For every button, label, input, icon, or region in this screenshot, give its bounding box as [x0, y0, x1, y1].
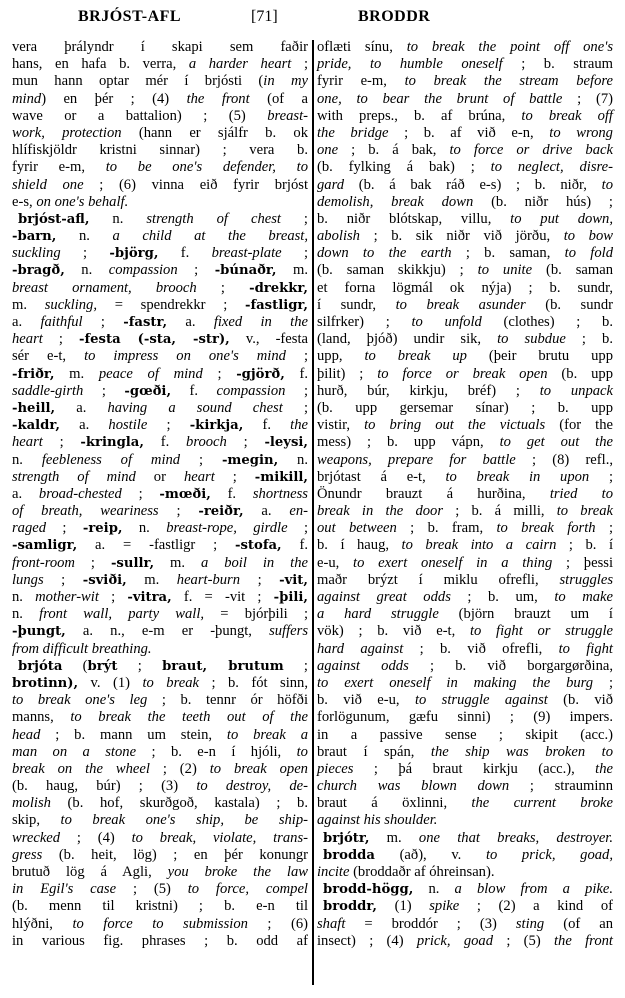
definition-text: one, to bear the brunt of battle	[317, 91, 562, 107]
left-column: vera þrályndr í skapi sem faðirhans, en …	[12, 39, 308, 950]
text-line: brutuð lög á Agli, you broke the law	[12, 864, 308, 881]
definition-text: heart	[12, 434, 43, 450]
text-span: ; þessi	[552, 555, 613, 571]
definition-text: to break	[557, 503, 613, 519]
text-line: against great odds ; b. um, to make	[317, 589, 613, 606]
text-span: ;	[286, 348, 308, 364]
definition-text: work, protection	[12, 125, 122, 141]
text-span: m.	[154, 555, 201, 571]
definition-text: suckling	[12, 245, 61, 261]
text-span: a.	[12, 486, 39, 502]
definition-text: heart-burn	[177, 572, 240, 588]
text-span: ;	[215, 469, 255, 485]
text-span: a.	[244, 503, 290, 519]
text-line: strength of mind or heart ; -mikill,	[12, 469, 308, 486]
text-line: þilit) ; to force or break open (b. upp	[317, 366, 613, 383]
text-span: (broddaðr af óhreinsan).	[349, 864, 494, 880]
headword: -reiðr,	[198, 504, 243, 519]
text-line: (b. haug, búr) ; (3) to destroy, de-	[12, 778, 308, 795]
headword: -búnaðr,	[215, 263, 277, 278]
text-span: with preps., b. af brúna,	[317, 108, 521, 124]
text-line: -þungt, a. n., e-m er -þungt, suffers	[12, 623, 308, 640]
definition-text: to break	[142, 675, 199, 691]
text-span: ; (5)	[116, 881, 188, 897]
text-span: m.	[369, 830, 418, 846]
text-span: (b. við	[548, 692, 613, 708]
definition-text: a boil in the	[201, 555, 308, 571]
text-line: of breath, weariness ; -reiðr, a. en-	[12, 503, 308, 520]
text-line: out between ; b. fram, to break forth ;	[317, 520, 613, 537]
text-span: (b. menn til kristni) ; b. e-n til	[12, 898, 308, 914]
headword: -drekkr,	[249, 281, 308, 296]
definition-text: to break a	[227, 727, 308, 743]
headword: -þungt,	[12, 624, 66, 639]
definition-text: shaft	[317, 916, 345, 932]
text-line: -friðr, m. peace of mind ; -gjörð, f.	[12, 366, 308, 383]
definition-text: to neglect, disre-	[491, 159, 613, 175]
definition-text: to break one's ship, be ship-	[61, 812, 309, 828]
text-span: ;	[75, 555, 111, 571]
definition-text: to break asunder	[396, 297, 526, 313]
text-span: (b. heit, lög) ; en þér konungr	[42, 847, 308, 863]
text-span: f.	[282, 537, 308, 553]
text-line: shield one ; (6) vinna eið fyrir brjóst	[12, 177, 308, 194]
text-span: or	[136, 469, 184, 485]
text-span: b. niðr blótskap, villu,	[317, 211, 510, 227]
definition-text: mother-wit	[35, 589, 99, 605]
definition-text: you broke the law	[168, 864, 308, 880]
text-span: (for the	[545, 417, 613, 433]
column-divider	[312, 40, 314, 985]
text-span: m.	[127, 572, 177, 588]
text-line: (b. saman skikkju) ; to unite (b. saman	[317, 262, 613, 279]
headword: -þili,	[274, 590, 308, 605]
text-span: fyrir e-m,	[12, 159, 106, 175]
definition-text: fixed in the	[214, 314, 308, 330]
text-span: f.	[144, 434, 186, 450]
text-line: braut á öxlinni, the current broke	[317, 795, 613, 812]
text-span: ; b. fót sinn,	[199, 675, 308, 691]
text-span: ;	[281, 211, 308, 227]
definition-text: lungs	[12, 572, 44, 588]
definition-text: the bridge	[317, 125, 389, 141]
text-line: b. niðr blótskap, villu, to put down,	[317, 211, 613, 228]
text-line: hlýðni, to force to submission ; (6)	[12, 916, 308, 933]
text-span: v. (1)	[78, 675, 142, 691]
headword: brjóta	[18, 659, 62, 674]
text-span: ; b. á milli,	[443, 503, 557, 519]
headword: -gjörð,	[236, 367, 285, 382]
definition-text: to break the point off one's	[407, 39, 613, 55]
text-line: -barn, n. a child at the breast,	[12, 228, 308, 245]
text-span: ;	[593, 675, 613, 691]
text-span: ;	[83, 383, 124, 399]
text-span: m.	[54, 366, 98, 382]
text-line: mind) en þér ; (4) the front (of a	[12, 91, 308, 108]
text-span: m.	[12, 297, 45, 313]
text-span: ; b. saman,	[452, 245, 565, 261]
text-span: ; b. um,	[451, 589, 554, 605]
text-line: from difficult breathing.	[12, 641, 308, 658]
text-line: brjótr, m. one that breaks, destroyer.	[317, 830, 613, 847]
text-span: (b. hof, skurðgoð, kastala) ; b.	[51, 795, 308, 811]
text-span: n.	[12, 606, 39, 622]
right-guide-word: BRODDR	[358, 8, 430, 26]
definition-text: the current broke	[471, 795, 613, 811]
text-line: down to the earth ; b. saman, to fold	[317, 245, 613, 262]
text-span: wave or a battalion) ; (5)	[12, 108, 267, 124]
text-line: vistir, to bring out the victuals (for t…	[317, 417, 613, 434]
definition-text: break on the wheel	[12, 761, 150, 777]
text-span: e-s,	[12, 194, 36, 210]
text-line: fyrir e-m, to break the stream before	[317, 73, 613, 90]
definition-text: pieces	[317, 761, 353, 777]
definition-text: front wall, party wall,	[39, 606, 204, 622]
headword: -vitra,	[127, 590, 171, 605]
definition-text: raged	[12, 520, 46, 536]
definition-text: to break the stream before	[405, 73, 613, 89]
text-line: a. broad-chested ; -mœði, f. shortness	[12, 486, 308, 503]
definition-text: to break in upon	[445, 469, 589, 485]
text-span: n.	[65, 262, 109, 278]
text-line: breast ornament, brooch ; -drekkr,	[12, 280, 308, 297]
text-span: (b. sundr	[526, 297, 613, 313]
text-span: n.	[56, 228, 112, 244]
headword: -reip,	[83, 521, 123, 536]
definition-text: against odds	[317, 658, 409, 674]
text-span: Önundr brauzt á hurðina,	[317, 486, 550, 502]
text-span: ;	[99, 589, 127, 605]
text-line: brotinn), v. (1) to break ; b. fót sinn,	[12, 675, 308, 692]
text-span: ; (7)	[562, 91, 613, 107]
text-span: n.	[413, 881, 454, 897]
text-line: heart ; -festa (-sta, -str), v., -festa	[12, 331, 308, 348]
text-span: (b. haug, búr) ; (3)	[12, 778, 196, 794]
text-span: vök) ; b. við e-t,	[317, 623, 470, 639]
definition-text: struggles	[559, 572, 613, 588]
headword: -mikill,	[255, 470, 308, 485]
text-span: f. = -vit ;	[172, 589, 274, 605]
text-span: forlögunum, gæfu sinni) ; (9) impers.	[317, 709, 613, 725]
text-line: mess) ; b. upp vápn, to get out the	[317, 434, 613, 451]
text-span: n.	[12, 589, 35, 605]
text-span: maðr brýzt í miklu ofrefli,	[317, 572, 559, 588]
text-span: a.	[12, 314, 40, 330]
definition-text: the front	[554, 933, 613, 949]
definition-text: strength of chest	[146, 211, 281, 227]
text-span: hlýðni,	[12, 916, 72, 932]
text-line: (b. fylking á bak) ; to neglect, disre-	[317, 159, 613, 176]
text-span: ;	[203, 366, 236, 382]
headword: -björg,	[109, 246, 158, 261]
headword: -vit,	[279, 573, 308, 588]
text-span: skip,	[12, 812, 61, 828]
text-line: vök) ; b. við e-t, to fight or struggle	[317, 623, 613, 640]
definition-text: breast-rope, girdle	[166, 520, 287, 536]
definition-text: to break the teeth out of the	[70, 709, 308, 725]
text-span: ;	[240, 572, 279, 588]
headword: -kaldr,	[12, 418, 60, 433]
headword: -leysi,	[264, 435, 308, 450]
text-span: ;	[159, 503, 199, 519]
text-span: ;	[180, 452, 222, 468]
definition-text: brooch	[186, 434, 227, 450]
text-line: b. við e-u, to struggle against (b. við	[317, 692, 613, 709]
text-line: n. mother-wit ; -vitra, f. = -vit ; -þil…	[12, 589, 308, 606]
definition-text: to break up	[364, 348, 467, 364]
text-span: (clothes) ; b.	[482, 314, 613, 330]
text-span: (	[62, 658, 87, 674]
text-span: manns,	[12, 709, 70, 725]
headword: broddr,	[323, 899, 377, 914]
definition-text: one that breaks, destroyer.	[419, 830, 613, 846]
text-line: n. feebleness of mind ; -megin, n.	[12, 452, 308, 469]
text-line: insect) ; (4) prick, goad ; (5) the fron…	[317, 933, 613, 950]
text-span: hans, en hafa b. verra,	[12, 56, 189, 72]
text-line: -kaldr, a. hostile ; -kirkja, f. the	[12, 417, 308, 434]
text-line: et forna lögmál ok nýja) ; b. sundr,	[317, 280, 613, 297]
definition-text: weapons, prepare for battle	[317, 452, 516, 468]
headword: brýt	[88, 659, 118, 674]
text-line: shaft = broddór ; (3) sting (of an	[317, 916, 613, 933]
text-span: = spendrekkr ;	[97, 297, 245, 313]
right-column: oflæti sínu, to break the point off one'…	[317, 39, 613, 950]
text-span: ;	[43, 331, 79, 347]
text-span: (að), v.	[375, 847, 486, 863]
text-span: (hann er sjálfr b. ok	[122, 125, 308, 141]
text-line: molish (b. hof, skurðgoð, kastala) ; b.	[12, 795, 308, 812]
text-line: e-s, on one's behalf.	[12, 194, 308, 211]
text-line: gard (b. á bak ráð e-s) ; b. niðr, to	[317, 177, 613, 194]
text-span: ;	[288, 520, 308, 536]
definition-text: compassion	[109, 262, 178, 278]
text-span: = broddór ; (3)	[345, 916, 515, 932]
text-span: b. við e-u,	[317, 692, 415, 708]
definition-text: to get out the	[500, 434, 613, 450]
text-span: sér e-t,	[12, 348, 84, 364]
text-line: against odds ; b. við borgargørðina,	[317, 658, 613, 675]
definition-text: to break forth	[496, 520, 595, 536]
headword: -fastligr,	[245, 298, 308, 313]
text-line: -bragð, n. compassion ; -búnaðr, m.	[12, 262, 308, 279]
text-span: e-u,	[317, 555, 353, 571]
text-line: hans, en hafa b. verra, a harder heart ;	[12, 56, 308, 73]
definition-text: head	[12, 727, 40, 743]
text-span: hurð, búr, kirkju, bréf) ;	[317, 383, 540, 399]
text-span: ; b. e-n í hjóli,	[136, 744, 297, 760]
definition-text: church was blown down	[317, 778, 509, 794]
headword: -samligr,	[12, 538, 77, 553]
definition-text: en-	[289, 503, 308, 519]
definition-text: strength of mind	[12, 469, 136, 485]
definition-text: feebleness of mind	[42, 452, 180, 468]
text-line: break on the wheel ; (2) to break open	[12, 761, 308, 778]
text-span: f.	[211, 486, 253, 502]
definition-text: to force, compel	[188, 881, 308, 897]
text-span: ; (2)	[150, 761, 210, 777]
text-line: b. í haug, to break into a cairn ; b. í	[317, 537, 613, 554]
text-span: ) en þér ; (4)	[41, 91, 186, 107]
headword: -festa (-sta, -str),	[79, 332, 230, 347]
text-span: ; (6)	[248, 916, 308, 932]
text-line: abolish ; b. sik niðr við jörðu, to bow	[317, 228, 613, 245]
text-span: (1)	[377, 898, 429, 914]
text-line: wrecked ; (4) to break, violate, trans-	[12, 830, 308, 847]
headword: brjóst-afl,	[18, 212, 89, 227]
definition-text: hard against	[317, 641, 403, 657]
text-line: heart ; -kringla, f. brooch ; -leysi,	[12, 434, 308, 451]
text-span: mun hann optar mér í brjósti (	[12, 73, 263, 89]
definition-text: break in the door	[317, 503, 443, 519]
text-line: lungs ; -sviði, m. heart-burn ; -vit,	[12, 572, 308, 589]
headword: -stofa,	[235, 538, 282, 553]
text-span: a. = -fastligr ;	[77, 537, 235, 553]
text-span: ;	[44, 572, 83, 588]
text-span: ; strauminn	[509, 778, 613, 794]
text-span: ;	[178, 262, 215, 278]
text-line: m. suckling, = spendrekkr ; -fastligr,	[12, 297, 308, 314]
definition-text: breast-plate	[212, 245, 282, 261]
text-span: ; b. í	[556, 537, 613, 553]
text-line: brodda (að), v. to prick, goad,	[317, 847, 613, 864]
text-span: (of a	[250, 91, 308, 107]
definition-text: tried to	[550, 486, 613, 502]
text-span: a.	[60, 417, 108, 433]
text-span: in a passive sense ; skipit (acc.)	[317, 727, 613, 743]
text-line: brodd-högg, n. a blow from a pike.	[317, 881, 613, 898]
text-line: hard against ; b. við ofrefli, to fight	[317, 641, 613, 658]
text-span: a. n., e-m er -þungt,	[66, 623, 269, 639]
text-line: a hard struggle (björn brauzt um í	[317, 606, 613, 623]
definition-text: to	[602, 177, 613, 193]
definition-text: one	[317, 142, 338, 158]
text-line: weapons, prepare for battle ; (8) refl.,	[317, 452, 613, 469]
text-line: e-u, to exert oneself in a thing ; þessi	[317, 555, 613, 572]
definition-text: breast-	[267, 108, 308, 124]
definition-text: to wrong	[549, 125, 613, 141]
text-span: ;	[596, 520, 613, 536]
text-line: man on a stone ; b. e-n í hjóli, to	[12, 744, 308, 761]
definition-text: having a sound chest	[108, 400, 283, 416]
headword: -megin,	[222, 453, 278, 468]
text-span: n.	[89, 211, 146, 227]
text-span: braut á öxlinni,	[317, 795, 471, 811]
definition-text: to bow	[564, 228, 613, 244]
text-line: church was blown down ; strauminn	[317, 778, 613, 795]
text-line: (b. menn til kristni) ; b. e-n til	[12, 898, 308, 915]
text-line: brjóst-afl, n. strength of chest ;	[12, 211, 308, 228]
text-span: ;	[43, 434, 81, 450]
definition-text: to struggle against	[415, 692, 548, 708]
text-line: Önundr brauzt á hurðina, tried to	[317, 486, 613, 503]
definition-text: to break off	[521, 108, 613, 124]
text-line: (b. upp gersemar sínar) ; b. upp	[317, 400, 613, 417]
text-line: -samligr, a. = -fastligr ; -stofa, f.	[12, 537, 308, 554]
definition-text: to bring out the victuals	[364, 417, 545, 433]
text-span: f.	[171, 383, 216, 399]
headword: -heill,	[12, 401, 55, 416]
text-span: silfrker) ;	[317, 314, 411, 330]
definition-text: demolish, break down	[317, 194, 473, 210]
text-line: mun hann optar mér í brjósti (in my	[12, 73, 308, 90]
definition-text: gress	[12, 847, 42, 863]
text-span: ;	[61, 245, 110, 261]
definition-text: sting	[516, 916, 544, 932]
text-span: ;	[285, 383, 308, 399]
definition-text: broad-chested	[39, 486, 122, 502]
text-span: (b. fylking á bak) ;	[317, 159, 491, 175]
definition-text: a harder heart	[189, 56, 292, 72]
definition-text: a blow from a pike.	[455, 881, 613, 897]
definition-text: to prick, goad,	[486, 847, 613, 863]
text-span: vistir,	[317, 417, 364, 433]
definition-text: to	[297, 744, 308, 760]
definition-text: peace of mind	[99, 366, 203, 382]
definition-text: to force or drive back	[450, 142, 613, 158]
text-line: to break one's leg ; b. tennr ór höfði	[12, 692, 308, 709]
page-header: BRJÓST-AFL [71] BRODDR	[0, 0, 625, 30]
text-line: hlífiskjöldr kristni sinnar) ; vera b.	[12, 142, 308, 159]
text-span: a.	[167, 314, 214, 330]
text-span: (björn brauzt um í	[439, 606, 613, 622]
text-span: upp,	[317, 348, 364, 364]
text-span: a.	[55, 400, 107, 416]
definition-text: to make	[554, 589, 613, 605]
definition-text: to impress on one's mind	[84, 348, 286, 364]
definition-text: of breath, weariness	[12, 503, 159, 519]
definition-text: to unfold	[411, 314, 481, 330]
definition-text: from difficult breathing.	[12, 641, 152, 657]
text-span: þilit) ;	[317, 366, 377, 382]
text-span: n.	[12, 452, 42, 468]
text-span: brjótast á e-t,	[317, 469, 445, 485]
text-span: ;	[117, 658, 162, 674]
text-span: ;	[589, 469, 613, 485]
definition-text: to fight or struggle	[470, 623, 613, 639]
definition-text: heart	[12, 331, 43, 347]
left-guide-word: BRJÓST-AFL	[78, 8, 181, 26]
text-span: ;	[284, 658, 308, 674]
definition-text: against great odds	[317, 589, 451, 605]
text-line: silfrker) ; to unfold (clothes) ; b.	[317, 314, 613, 331]
text-line: gress (b. heit, lög) ; en þér konungr	[12, 847, 308, 864]
text-span: et forna lögmál ok nýja) ; b. sundr,	[317, 280, 613, 296]
definition-text: to break into a cairn	[402, 537, 557, 553]
text-span: (land, þjóð) undir sik,	[317, 331, 497, 347]
text-line: work, protection (hann er sjálfr b. ok	[12, 125, 308, 142]
text-span: hlífiskjöldr kristni sinnar) ; vera b.	[12, 142, 308, 158]
text-line: against his shoulder.	[317, 812, 613, 829]
definition-text: to be one's defender, to	[106, 159, 308, 175]
text-line: maðr brýzt í miklu ofrefli, struggles	[317, 572, 613, 589]
text-span: braut í spán,	[317, 744, 431, 760]
text-span: in various fig. phrases ; b. odd af	[12, 933, 308, 949]
text-span: f.	[158, 245, 211, 261]
text-span: ; (5)	[493, 933, 554, 949]
text-span: ; b. sik niðr við jörðu,	[360, 228, 564, 244]
text-line: í sundr, to break asunder (b. sundr	[317, 297, 613, 314]
text-span: ;	[282, 245, 308, 261]
text-line: in various fig. phrases ; b. odd af	[12, 933, 308, 950]
definition-text: heart	[184, 469, 215, 485]
text-span: (b. upp gersemar sínar) ; b. upp	[317, 400, 613, 416]
text-line: the bridge ; b. af við e-n, to wrong	[317, 125, 613, 142]
headword: brotinn),	[12, 676, 78, 691]
text-line: head ; b. mann um stein, to break a	[12, 727, 308, 744]
definition-text: on one's behalf.	[36, 194, 128, 210]
text-span: ; b. tennr ór höfði	[147, 692, 308, 708]
definition-text: a child at the breast,	[112, 228, 308, 244]
